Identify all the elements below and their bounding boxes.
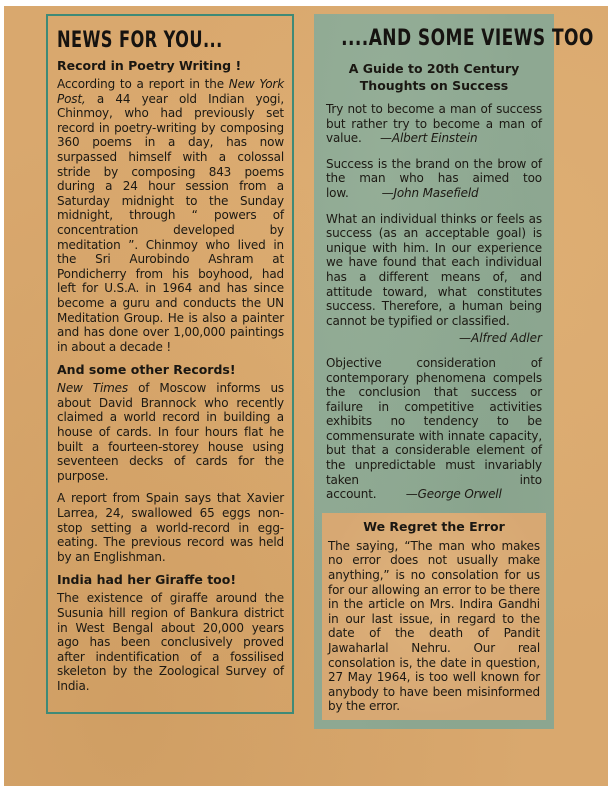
article-body-poetry: According to a report in the New York Po… bbox=[57, 77, 284, 354]
views-subheading: A Guide to 20th Century Thoughts on Succ… bbox=[326, 60, 542, 94]
article-heading-giraffe: India had her Giraffe too! bbox=[57, 572, 284, 588]
quote-einstein: Try not to become a man of success but r… bbox=[326, 102, 542, 146]
errata-box: We Regret the Error The saying, “The man… bbox=[322, 513, 546, 720]
text-run: a 44 year old Indian yogi, Chinmoy, who … bbox=[57, 92, 284, 354]
quote-text: Objective consideration of contemporary … bbox=[326, 356, 542, 501]
views-masthead: ....AND SOME VIEWS TOO bbox=[341, 26, 527, 52]
quote-masefield: Success is the brand on the brow of the … bbox=[326, 157, 542, 201]
errata-heading: We Regret the Error bbox=[328, 519, 540, 535]
article-heading-poetry: Record in Poetry Writing ! bbox=[57, 58, 284, 74]
article-body-giraffe: The existence of giraffe around the Susu… bbox=[57, 591, 284, 693]
text-run: According to a report in the bbox=[57, 77, 229, 91]
quote-author: —John Masefield bbox=[382, 186, 479, 200]
quote-adler: What an individual thinks or feels as su… bbox=[326, 212, 542, 329]
subheading-line: A Guide to 20th Century bbox=[349, 61, 520, 76]
errata-body: The saying, “The man who makes no error … bbox=[328, 539, 540, 714]
quote-author: —Alfred Adler bbox=[326, 331, 542, 346]
news-masthead: NEWS FOR YOU... bbox=[57, 28, 243, 54]
quote-orwell: Objective consideration of contemporary … bbox=[326, 356, 542, 502]
quote-author: —George Orwell bbox=[406, 487, 502, 501]
article-heading-records: And some other Records! bbox=[57, 362, 284, 378]
views-panel: ....AND SOME VIEWS TOO A Guide to 20th C… bbox=[314, 14, 554, 729]
quote-text: What an individual thinks or feels as su… bbox=[326, 212, 542, 328]
news-for-you-box: NEWS FOR YOU... Record in Poetry Writing… bbox=[46, 14, 294, 714]
magazine-page: NEWS FOR YOU... Record in Poetry Writing… bbox=[4, 6, 608, 786]
subheading-line: Thoughts on Success bbox=[360, 78, 508, 93]
text-run: of Moscow informs us about David Brannoc… bbox=[57, 381, 284, 483]
publication-name: New Times bbox=[57, 381, 128, 395]
article-body-cards: New Times of Moscow informs us about Dav… bbox=[57, 381, 284, 483]
quote-author: —Albert Einstein bbox=[380, 131, 477, 145]
article-body-eggs: A report from Spain says that Xavier Lar… bbox=[57, 491, 284, 564]
